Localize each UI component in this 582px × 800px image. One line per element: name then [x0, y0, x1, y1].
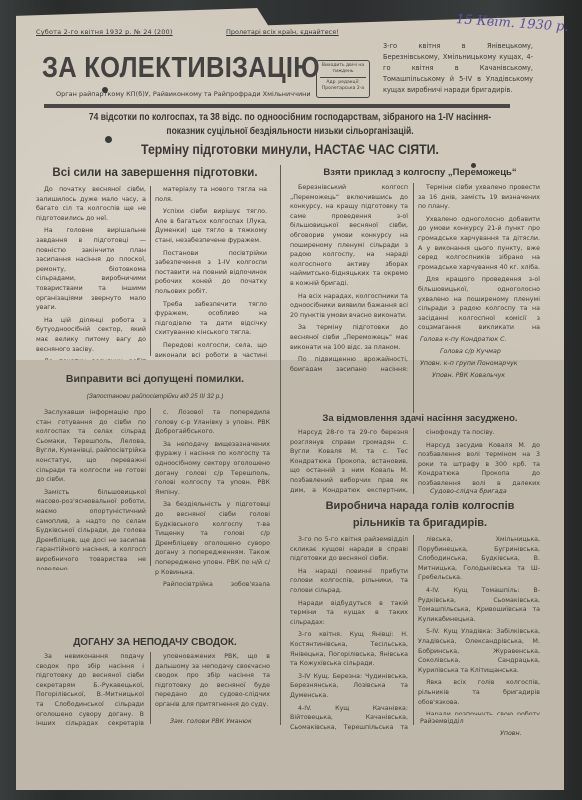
masthead-rule [44, 104, 510, 108]
paragraph: Березнівський колгосп „Переможець“ включ… [290, 183, 408, 289]
editorial-address: Адр. редакції: Пролетарська 2-а [317, 80, 369, 92]
article-title: ДОГАНУ ЗА НЕПОДАЧУ СВОДОК. [30, 637, 280, 648]
paragraph: уповноважених РВК, що в дальшому за непо… [155, 652, 270, 707]
paragraph: На цій ділянці робота з бутуодноосібній … [36, 316, 146, 354]
slogan: Пролетарі всіх країн, єднайтеся! [226, 28, 339, 36]
paragraph: Наради розпочнуть свою роботу о 9 годині… [418, 710, 540, 715]
paragraph: Терміни сівби ухвалено провести за 16 дн… [418, 183, 540, 212]
article-subtitle: (Запостанови райпосівтрійки від 25 III 3… [30, 393, 280, 400]
paragraph: Передові колгоспи, села, що виконали всі… [155, 341, 267, 360]
paragraph: За терміну підготовки до весняної сівби … [290, 323, 408, 352]
article-column: уповноважених РВК, що в дальшому за непо… [155, 652, 270, 707]
signature: Уповн. [500, 730, 522, 737]
publication-info-box: Виходить двічі на тиждень Адр. редакції:… [316, 60, 370, 98]
paragraph: Для кращого проведення з-ої більшовицько… [418, 275, 540, 333]
column-divider [413, 428, 414, 494]
article-title: Всі сили на завершення підготовки. [30, 167, 280, 179]
article-column: Березнівський колгосп „Переможець“ включ… [290, 183, 408, 371]
paragraph: За невиконання подачу сводок про збір на… [36, 652, 144, 728]
lead-headline: Терміну підготовки минули, НАСТАЄ ЧАС СІ… [88, 141, 493, 157]
paragraph: За неподачу вищезазначених фуражу і насі… [155, 440, 270, 498]
paragraph: Нарсуд засудив Коваля М. до позбавлення … [418, 441, 540, 488]
paragraph: матеріалу та нового тягла на поля. [155, 185, 267, 204]
signature: Уповн. к-п групи Пономарчук [420, 360, 518, 367]
paragraph: До початку весняних робіт треба генераль… [36, 357, 146, 360]
signature: Судово-слідча бригада [430, 488, 507, 495]
article-column: Нарсуд 28-го та 29-го березня розглянув … [290, 428, 408, 496]
signature: Уповн. РВК Ковальчук [432, 372, 505, 379]
paragraph: На головне вирішальне завдання в підгото… [36, 226, 146, 312]
ink-blot [471, 163, 476, 168]
column-divider [413, 183, 414, 413]
paragraph: Постанови посівтрійки забезпечення з 1-I… [155, 249, 267, 297]
signature: Голова к-пу Кондратюк С. [420, 336, 507, 343]
article-column: матеріалу та нового тягла на поля.Успіхи… [155, 185, 267, 360]
article-title: За відмовлення здачі насіння засуджено. [290, 413, 550, 424]
meetings-notice: 3-го квітня в Янівецькому, Березнівськом… [383, 41, 533, 96]
article-title: Взяти приклад з колгоспу „Переможець“ [290, 167, 550, 178]
newspaper-organ-line: Орган райпарткому КП(б)У, Райвиконкому т… [56, 90, 311, 98]
column-divider [413, 535, 414, 725]
article-column: За невиконання подачу сводок про збір на… [36, 652, 144, 728]
paragraph: На нараді повинні прибути голови колгосп… [290, 567, 408, 596]
paragraph: По підвищенню врожайності, бригадам заси… [290, 355, 408, 371]
ink-blot [105, 136, 112, 143]
column-divider [150, 408, 151, 566]
paragraph: Треба забезпечити тягло фуражем, особлив… [155, 300, 267, 338]
paragraph: сінофонду та посіву. [418, 428, 540, 438]
signature: Голова с/р Кучмар [440, 348, 501, 355]
signature: Райземвідділ [420, 718, 464, 725]
article-column: 3-го по 5-го квітня райземвідділ скликає… [290, 535, 408, 730]
signature: Зам. голови РВК Уманюк [170, 718, 252, 725]
article-column: Заслухавши інформацію про стан готування… [36, 408, 146, 570]
date-line: Субота 2-го квітня 1932 р. № 24 (200) [36, 28, 173, 36]
paragraph: Успіхи сівби вирішує тягло. Але в багать… [155, 207, 267, 245]
paragraph: Явка всіх голів колгоспів, рільників та … [418, 678, 540, 707]
paragraph: 4-IV. Кущ Томашпіль: В-Рудківська, Сьома… [418, 586, 540, 624]
paragraph: 4-IV. Кущ Качанівка: Війтовецька, Качані… [290, 704, 408, 731]
column-divider [150, 186, 151, 356]
paragraph: Замість більшовицької масово-роз'яснювал… [36, 488, 146, 570]
paragraph: 3-го квітня. Кущ Янівці: Н. Костянтинівс… [290, 630, 408, 668]
paragraph: 3-го по 5-го квітня райземвідділ скликає… [290, 535, 408, 564]
lead-subhead: 74 відсотки по колгоспах, та 38 відс. по… [78, 111, 503, 139]
paragraph: 5-IV. Кущ Уладівка: Забілківська, Уладів… [418, 627, 540, 675]
paragraph: На всіх нарадах, колгоспники та одноосіб… [290, 292, 408, 321]
article-column: с. Лозової та попередила голову с-р Улан… [155, 408, 270, 588]
publication-frequency: Виходить двічі на тиждень [317, 63, 369, 75]
article-title-continued: рільників та бригадирів. [290, 517, 550, 529]
article-column: Терміни сівби ухвалено провести за 16 дн… [418, 183, 540, 333]
page-column-divider [280, 165, 281, 725]
article-column: лівська, Хмільницька, Порубинецька, Бугр… [418, 535, 540, 715]
ink-blot [102, 87, 108, 93]
paragraph: Райпосівтрійка зобов'язала МТС, РКС та Р… [155, 580, 270, 588]
paragraph: 3-IV Кущ. Березна: Чудинівська, Березнян… [290, 672, 408, 701]
article-title: Виправити всі допущені помилки. [30, 373, 280, 385]
paragraph: Наради відбудуться в такій терміни та ку… [290, 599, 408, 628]
column-divider [150, 652, 151, 724]
article-title: Виробнича нарада голів колгоспів [290, 500, 550, 512]
newspaper-title: ЗА КОЛЕКТИВІЗАЦІЮ [42, 52, 320, 85]
paragraph: Заслухавши інформацію про стан готування… [36, 408, 146, 485]
article-column: сінофонду та посіву.Нарсуд засудив Ковал… [418, 428, 540, 488]
paragraph: лівська, Хмільницька, Порубинецька, Бугр… [418, 535, 540, 583]
paragraph: До початку весняної сівби, залишилось ду… [36, 185, 146, 223]
paragraph: Нарсуд 28-го та 29-го березня розглянув … [290, 428, 408, 496]
paragraph: с. Лозової та попередила голову с-р Улан… [155, 408, 270, 437]
paragraph: Ухвалено одноголосно добавити до умови к… [418, 215, 540, 273]
paragraph: За бездіяльність у підготовці до весняно… [155, 500, 270, 577]
article-column: До початку весняної сівби, залишилось ду… [36, 185, 146, 360]
